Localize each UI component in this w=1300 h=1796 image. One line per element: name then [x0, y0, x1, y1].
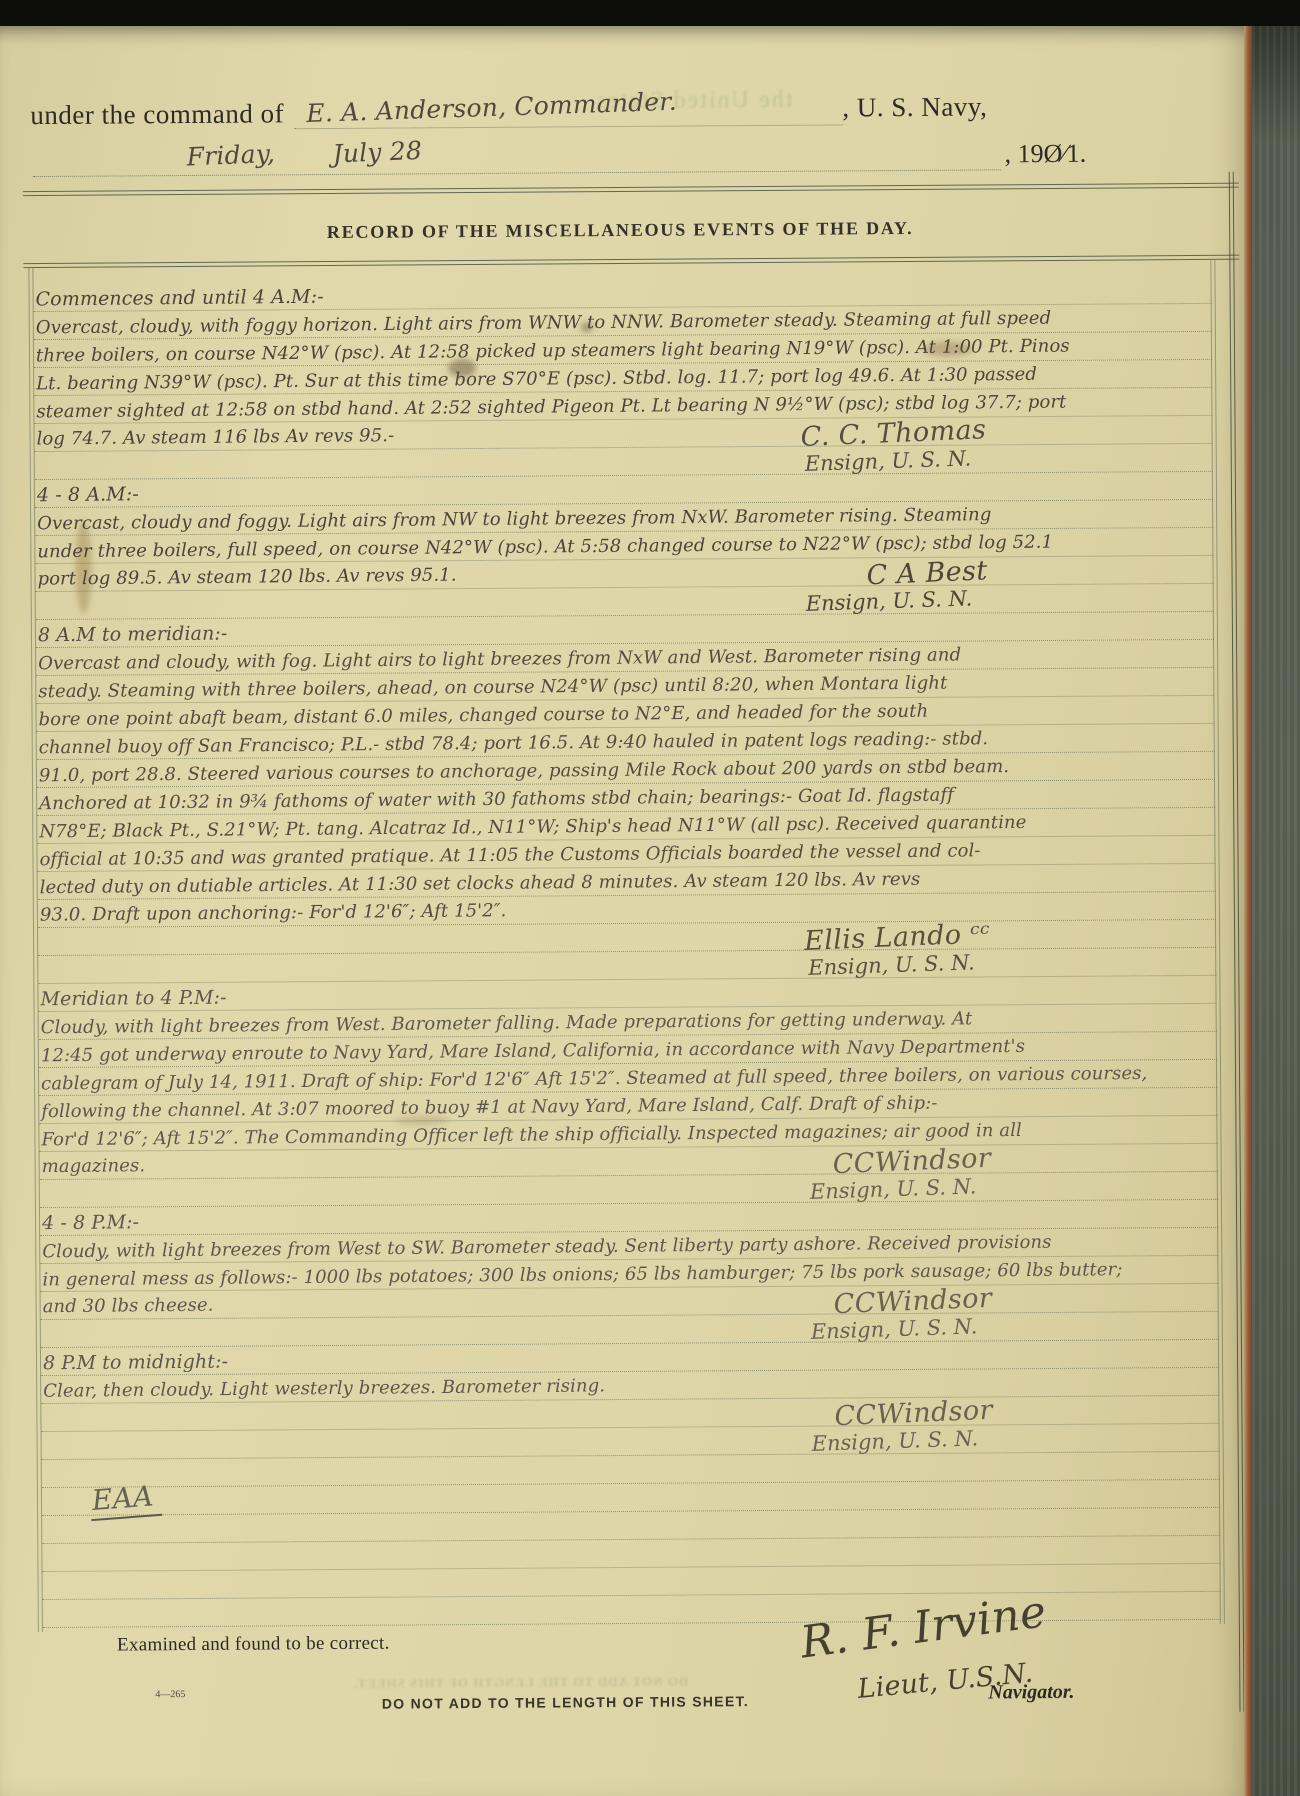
ruled-line: [42, 1451, 1220, 1460]
navigator-label: Navigator.: [988, 1681, 1074, 1705]
commander-initials: EAA: [89, 1479, 163, 1521]
commander-name: E. A. Anderson, Commander.: [306, 87, 677, 128]
watch-officer-rank: Ensign, U. S. N.: [807, 950, 974, 980]
bleed-through-text: DO NOT ADD TO THE LENGTH OF THIS SHEET.: [353, 1674, 688, 1692]
entry-heading: Meridian to 4 P.M:-: [40, 987, 226, 1011]
ruled-line: [42, 1479, 1220, 1488]
header-rule: [23, 183, 1239, 196]
entry-heading: 4 - 8 P.M:-: [42, 1211, 139, 1234]
sheet-edge-rule: [1229, 172, 1245, 1712]
right-margin-rule: [1210, 260, 1225, 1624]
entry-text-line: cablegram of July 14, 1911. Draft of shi…: [41, 1063, 1147, 1095]
ruled-line: [42, 1423, 1220, 1432]
log-sheet-content: the United States DO NOT ADD TO THE LENG…: [0, 22, 1258, 1796]
entry-text-line: Clear, then cloudy. Light westerly breez…: [43, 1375, 605, 1401]
log-sheet-paper: the United States DO NOT ADD TO THE LENG…: [0, 26, 1252, 1796]
title-rule: [23, 255, 1239, 268]
ruled-line: [41, 1311, 1219, 1320]
watch-officer-rank: Ensign, U. S. N.: [804, 446, 971, 476]
left-margin-rule: [28, 268, 43, 1632]
ruled-line: [38, 975, 1216, 984]
entry-text-line: 93.0. Draft upon anchoring:- For'd 12'6″…: [40, 900, 507, 925]
do-not-add-label: DO NOT ADD TO THE LENGTH OF THIS SHEET.: [335, 1693, 795, 1712]
preamble-label: under the command of: [30, 98, 284, 131]
ruled-line: [41, 1339, 1219, 1348]
watch-officer-rank: Ensign, U. S. N.: [805, 586, 972, 616]
entry-text-line: log 74.7. Av steam 116 lbs Av revs 95.-: [36, 425, 394, 449]
ruled-line: [40, 1171, 1218, 1180]
photo-top-edge: [0, 0, 1300, 26]
watch-officer-rank: Ensign, U. S. N.: [811, 1426, 978, 1456]
page-title: RECORD OF THE MISCELLANEOUS EVENTS OF TH…: [0, 216, 1245, 246]
weekday-handwritten: Friday,: [186, 139, 275, 172]
date-underline: [33, 169, 1001, 177]
date-handwritten: July 28: [332, 136, 423, 169]
entry-heading: 8 P.M to midnight:-: [43, 1351, 228, 1375]
examined-label: Examined and found to be correct.: [117, 1633, 390, 1657]
binding-edge: [1252, 0, 1300, 1796]
log-sheet-photo: the United States DO NOT ADD TO THE LENG…: [0, 0, 1300, 1796]
navigator-signature: R. F. Irvine: [798, 1586, 1049, 1668]
entry-text-line: and 30 lbs cheese.: [43, 1295, 214, 1318]
watch-officer-rank: Ensign, U. S. N.: [810, 1314, 977, 1344]
entry-heading: Commences and until 4 A.M:-: [36, 286, 324, 311]
entry-heading: 4 - 8 A.M:-: [37, 483, 139, 506]
entry-text-line: port log 89.5. Av steam 120 lbs. Av revs…: [37, 565, 456, 590]
entry-heading: 8 A.M to meridian:-: [38, 622, 228, 646]
ruled-line: [42, 1563, 1220, 1572]
ruled-line: [40, 1199, 1218, 1208]
ruled-line: [42, 1507, 1220, 1516]
year-label: , 19Ø⁄1.: [1005, 139, 1087, 170]
ruled-line: [42, 1535, 1220, 1544]
ruled-line: [36, 611, 1214, 620]
form-number: 4—265: [155, 1689, 185, 1700]
ruled-line: [38, 947, 1216, 956]
entry-text-line: magazines.: [42, 1155, 146, 1177]
navy-label: , U. S. Navy,: [842, 91, 987, 123]
watch-officer-rank: Ensign, U. S. N.: [809, 1174, 976, 1204]
ruled-line: [35, 471, 1213, 480]
